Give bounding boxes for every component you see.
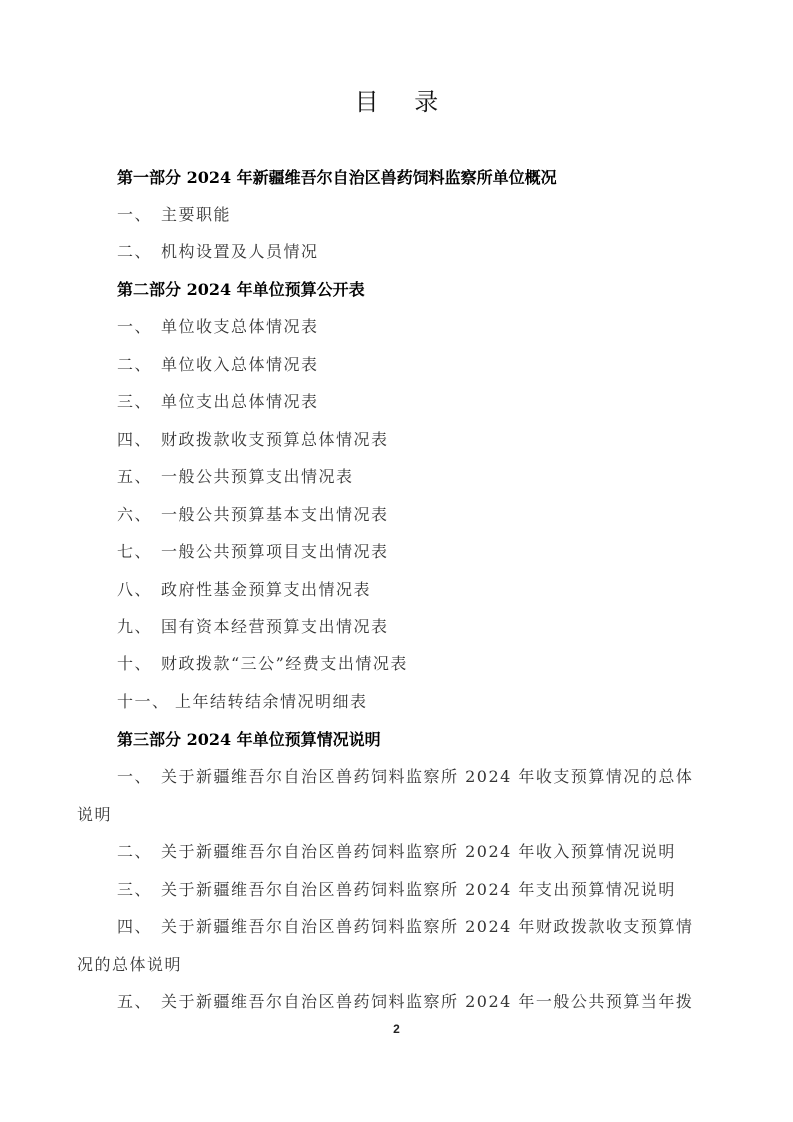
- toc-item: 二、机构设置及人员情况: [117, 242, 319, 262]
- item-text: 一般公共预算支出情况表: [161, 467, 354, 486]
- toc-item: 二、关于新疆维吾尔自治区兽药饲料监察所 2024 年收入预算情况说明: [117, 842, 676, 862]
- item-number: 一、: [117, 205, 161, 225]
- item-number: 一、: [117, 317, 161, 337]
- item-number: 四、: [117, 917, 161, 937]
- item-text: 国有资本经营预算支出情况表: [161, 617, 389, 636]
- item-text: 单位收入总体情况表: [161, 355, 319, 374]
- toc-item-continuation: 说明: [77, 805, 112, 825]
- toc-item: 一、关于新疆维吾尔自治区兽药饲料监察所 2024 年收支预算情况的总体: [117, 767, 693, 787]
- toc-item: 六、一般公共预算基本支出情况表: [117, 505, 389, 525]
- item-text: 关于新疆维吾尔自治区兽药饲料监察所 2024 年收入预算情况说明: [161, 842, 676, 861]
- page-number: 2: [0, 1022, 793, 1036]
- item-number: 四、: [117, 430, 161, 450]
- part3-heading: 第三部分 2024 年单位预算情况说明: [117, 730, 381, 750]
- item-text: 一般公共预算项目支出情况表: [161, 542, 389, 561]
- toc-item: 二、单位收入总体情况表: [117, 355, 319, 375]
- item-number: 七、: [117, 542, 161, 562]
- toc-item: 三、关于新疆维吾尔自治区兽药饲料监察所 2024 年支出预算情况说明: [117, 880, 676, 900]
- item-text: 机构设置及人员情况: [161, 242, 319, 261]
- item-number: 三、: [117, 880, 161, 900]
- toc-item: 四、关于新疆维吾尔自治区兽药饲料监察所 2024 年财政拨款收支预算情: [117, 917, 693, 937]
- toc-item: 七、一般公共预算项目支出情况表: [117, 542, 389, 562]
- toc-item: 一、主要职能: [117, 205, 231, 225]
- item-number: 三、: [117, 392, 161, 412]
- item-text: 主要职能: [161, 205, 231, 224]
- item-number: 二、: [117, 242, 161, 262]
- item-text: 关于新疆维吾尔自治区兽药饲料监察所 2024 年财政拨款收支预算情: [161, 917, 693, 936]
- item-number: 九、: [117, 617, 161, 637]
- part1-heading: 第一部分 2024 年新疆维吾尔自治区兽药饲料监察所单位概况: [117, 168, 557, 188]
- toc-item: 五、一般公共预算支出情况表: [117, 467, 354, 487]
- toc-item: 三、单位支出总体情况表: [117, 392, 319, 412]
- item-number: 五、: [117, 992, 161, 1012]
- item-text: 财政拨款收支预算总体情况表: [161, 430, 389, 449]
- item-text: 财政拨款“三公”经费支出情况表: [161, 654, 408, 673]
- toc-item: 五、关于新疆维吾尔自治区兽药饲料监察所 2024 年一般公共预算当年拨: [117, 992, 693, 1012]
- toc-item: 一、单位收支总体情况表: [117, 317, 319, 337]
- item-number: 五、: [117, 467, 161, 487]
- toc-item: 十、财政拨款“三公”经费支出情况表: [117, 654, 408, 674]
- item-text: 上年结转结余情况明细表: [175, 692, 368, 711]
- toc-item: 十一、上年结转结余情况明细表: [117, 692, 368, 712]
- item-number: 二、: [117, 355, 161, 375]
- item-text: 政府性基金预算支出情况表: [161, 580, 371, 599]
- item-number: 二、: [117, 842, 161, 862]
- toc-item: 九、国有资本经营预算支出情况表: [117, 617, 389, 637]
- item-text: 单位收支总体情况表: [161, 317, 319, 336]
- item-text: 关于新疆维吾尔自治区兽药饲料监察所 2024 年收支预算情况的总体: [161, 767, 693, 786]
- item-text: 单位支出总体情况表: [161, 392, 319, 411]
- part2-heading: 第二部分 2024 年单位预算公开表: [117, 280, 365, 300]
- toc-item: 八、政府性基金预算支出情况表: [117, 580, 371, 600]
- page-title: 目 录: [0, 82, 793, 117]
- item-text: 关于新疆维吾尔自治区兽药饲料监察所 2024 年一般公共预算当年拨: [161, 992, 693, 1011]
- item-number: 六、: [117, 505, 161, 525]
- item-number: 十、: [117, 654, 161, 674]
- item-text: 一般公共预算基本支出情况表: [161, 505, 389, 524]
- item-number: 十一、: [117, 692, 175, 712]
- toc-item-continuation: 况的总体说明: [77, 955, 182, 975]
- item-text: 关于新疆维吾尔自治区兽药饲料监察所 2024 年支出预算情况说明: [161, 880, 676, 899]
- item-number: 一、: [117, 767, 161, 787]
- item-number: 八、: [117, 580, 161, 600]
- toc-item: 四、财政拨款收支预算总体情况表: [117, 430, 389, 450]
